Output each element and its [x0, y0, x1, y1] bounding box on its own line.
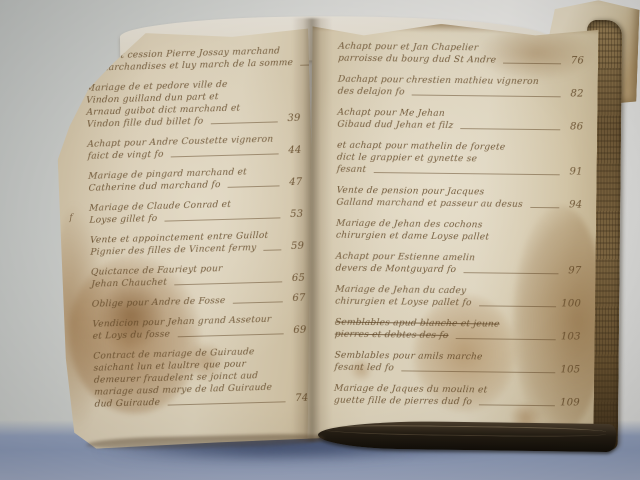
handwritten-line: des delajon fo82: [338, 86, 584, 101]
handwritten-line: de marchandises et luy march de la somme…: [85, 57, 299, 75]
ledger-rule-line: [174, 281, 282, 285]
handwritten-text: Galland marchand et passeur au desus: [336, 197, 524, 211]
handwritten-text: Catherine dud marchand fo: [88, 179, 221, 195]
ledger-rule-line: [460, 128, 560, 130]
ledger-entry: Quictance de Faurieyt pourJehan Chauchet…: [91, 261, 306, 291]
handwritten-line: chirurgien et Loyse pallet fo100: [335, 296, 581, 311]
handwritten-line: pierres et debtes des fo103: [335, 329, 581, 344]
handwritten-text: Gibaud dud Jehan et filz: [337, 119, 454, 132]
ledger-entry: Vente et cession Pierre Jossay marchandd…: [85, 45, 300, 75]
ledger-entry: Achapt pour Estienne amelindevers de Mon…: [335, 251, 581, 278]
handwritten-text: parroisse du bourg dud St Andre: [338, 53, 497, 67]
folio-number: 76: [566, 55, 584, 67]
ledger-entry: Mariage de pingard marchand etCatherine …: [88, 165, 303, 195]
handwritten-text: devers de Montguyard fo: [335, 263, 457, 276]
handwritten-text: guette fille de pierres dud fo: [333, 395, 472, 409]
photo-open-manuscript-book: f Vente et cession Pierre Jossay marchan…: [0, 0, 640, 480]
ledger-rule-line: [167, 401, 285, 405]
ledger-entry: Mariage de Jaques du moulin etguette fil…: [334, 383, 580, 410]
ledger-rule-line: [463, 272, 558, 274]
handwritten-line: fesant led fo105: [334, 362, 580, 377]
handwritten-text: chirurgien et dame Loyse pallet: [335, 230, 489, 244]
folio-number: 94: [564, 199, 582, 211]
ledger-entry: Vendicion pour Jehan grand Assetouret Lo…: [92, 313, 307, 343]
handwritten-text: des delajon fo: [337, 86, 405, 99]
gutter-shadow: [292, 18, 332, 442]
folio-number: 82: [566, 88, 584, 100]
ledger-entry: Achapt pour Andre Coustette vigneronfaic…: [87, 133, 302, 163]
handwritten-text: pierres et debtes des fo: [334, 329, 449, 342]
ledger-entry: Contract de mariage de Guiraudesaichant …: [93, 345, 309, 411]
folio-number: 86: [565, 121, 583, 133]
handwritten-line: guette fille de pierres dud fo109: [334, 395, 580, 410]
handwritten-line: chirurgien et dame Loyse pallet: [336, 230, 582, 245]
handwritten-text: et Loys du fosse: [92, 328, 170, 342]
handwritten-text: de marchandises et luy march de la somme: [85, 57, 293, 75]
ledger-rule-line: [233, 301, 283, 303]
folio-number: 103: [561, 331, 581, 343]
ledger-rule-line: [164, 217, 280, 221]
ledger-rule-line: [210, 121, 277, 124]
ledger-rule-line: [373, 172, 559, 175]
marginal-mark: f: [69, 213, 73, 223]
ledger-rule-line: [263, 249, 281, 250]
handwritten-text: Loyse gillet fo: [89, 213, 157, 227]
ledger-rule-line: [228, 185, 280, 187]
handwritten-line: devers de Montguyard fo97: [335, 263, 581, 278]
ledger-entry: Mariage de Jehan du cadeychirurgien et L…: [335, 284, 581, 311]
ledger-entry: Achapt pour Me JehanGibaud dud Jehan et …: [337, 107, 583, 134]
folio-number: 109: [560, 397, 580, 409]
ledger-rule-line: [530, 207, 559, 208]
folio-number: 91: [565, 166, 583, 178]
right-page: Achapt pour et Jan Chapelierparroisse du…: [307, 22, 598, 441]
handwritten-text: faict de vingt fo: [87, 149, 164, 163]
handwritten-text: fesant: [336, 164, 367, 176]
handwritten-text: chirurgien et Loyse pallet fo: [335, 296, 472, 310]
handwritten-line: Oblige pour Andre de Fosse67: [92, 293, 306, 311]
right-page-entries: Achapt pour et Jan Chapelierparroisse du…: [334, 41, 585, 428]
ledger-entry: Achapt pour et Jan Chapelierparroisse du…: [338, 41, 584, 68]
ledger-rule-line: [412, 94, 561, 97]
handwritten-text: Oblige pour Andre de Fosse: [92, 295, 226, 311]
handwritten-line: parroisse du bourg dud St Andre76: [338, 53, 584, 68]
handwritten-text: dud Guiraude: [94, 397, 160, 411]
folio-number: 105: [560, 364, 580, 376]
stacked-page-lines: [326, 424, 606, 438]
handwritten-line: fesant91: [337, 164, 583, 179]
handwritten-line: Gibaud dud Jehan et filz86: [337, 119, 583, 134]
book-bottom-edge: [318, 420, 616, 452]
ledger-entry: Oblige pour Andre de Fosse67: [92, 293, 306, 311]
ledger-rule-line: [177, 333, 283, 337]
handwritten-line: Galland marchand et passeur au desus94: [336, 197, 582, 212]
handwritten-text: fesant led fo: [334, 362, 395, 375]
folio-number: 97: [563, 265, 581, 277]
left-page-entries: Vente et cession Pierre Jossay marchandd…: [85, 45, 310, 433]
ledger-entry: Dachapt pour chrestien mathieu vignerond…: [338, 74, 584, 101]
left-page: f Vente et cession Pierre Jossay marchan…: [54, 29, 319, 450]
folio-number: 100: [561, 298, 581, 310]
ledger-rule-line: [401, 370, 555, 373]
ledger-entry: Mariage de Claude Conrad etLoyse gillet …: [89, 197, 304, 227]
ledger-entry: Mariage de Jehan des cochonschirurgien e…: [336, 218, 582, 245]
ledger-rule-line: [479, 404, 555, 406]
ledger-rule-line: [455, 338, 555, 340]
ledger-entry: Vente de pension pour JacquesGalland mar…: [336, 185, 582, 212]
ledger-rule-line: [171, 153, 279, 157]
ledger-entry: Vente et appoinctement entre GuillotPign…: [90, 229, 305, 259]
ledger-entry: et achapt pour mathelin de forgetedict l…: [337, 140, 583, 179]
handwritten-text: Vindon fille dud billet fo: [87, 115, 204, 130]
ledger-rule-line: [503, 63, 561, 65]
handwritten-text: Jehan Chauchet: [91, 277, 167, 291]
open-book: f Vente et cession Pierre Jossay marchan…: [0, 0, 640, 480]
ledger-entry: Semblables pour amils marchefesant led f…: [334, 350, 580, 377]
ledger-entry: Mariage de et pedore ville deVindon guil…: [86, 77, 301, 131]
ledger-entry: Semblables apud blanche et jeunepierres …: [335, 317, 581, 344]
ledger-rule-line: [479, 305, 557, 307]
